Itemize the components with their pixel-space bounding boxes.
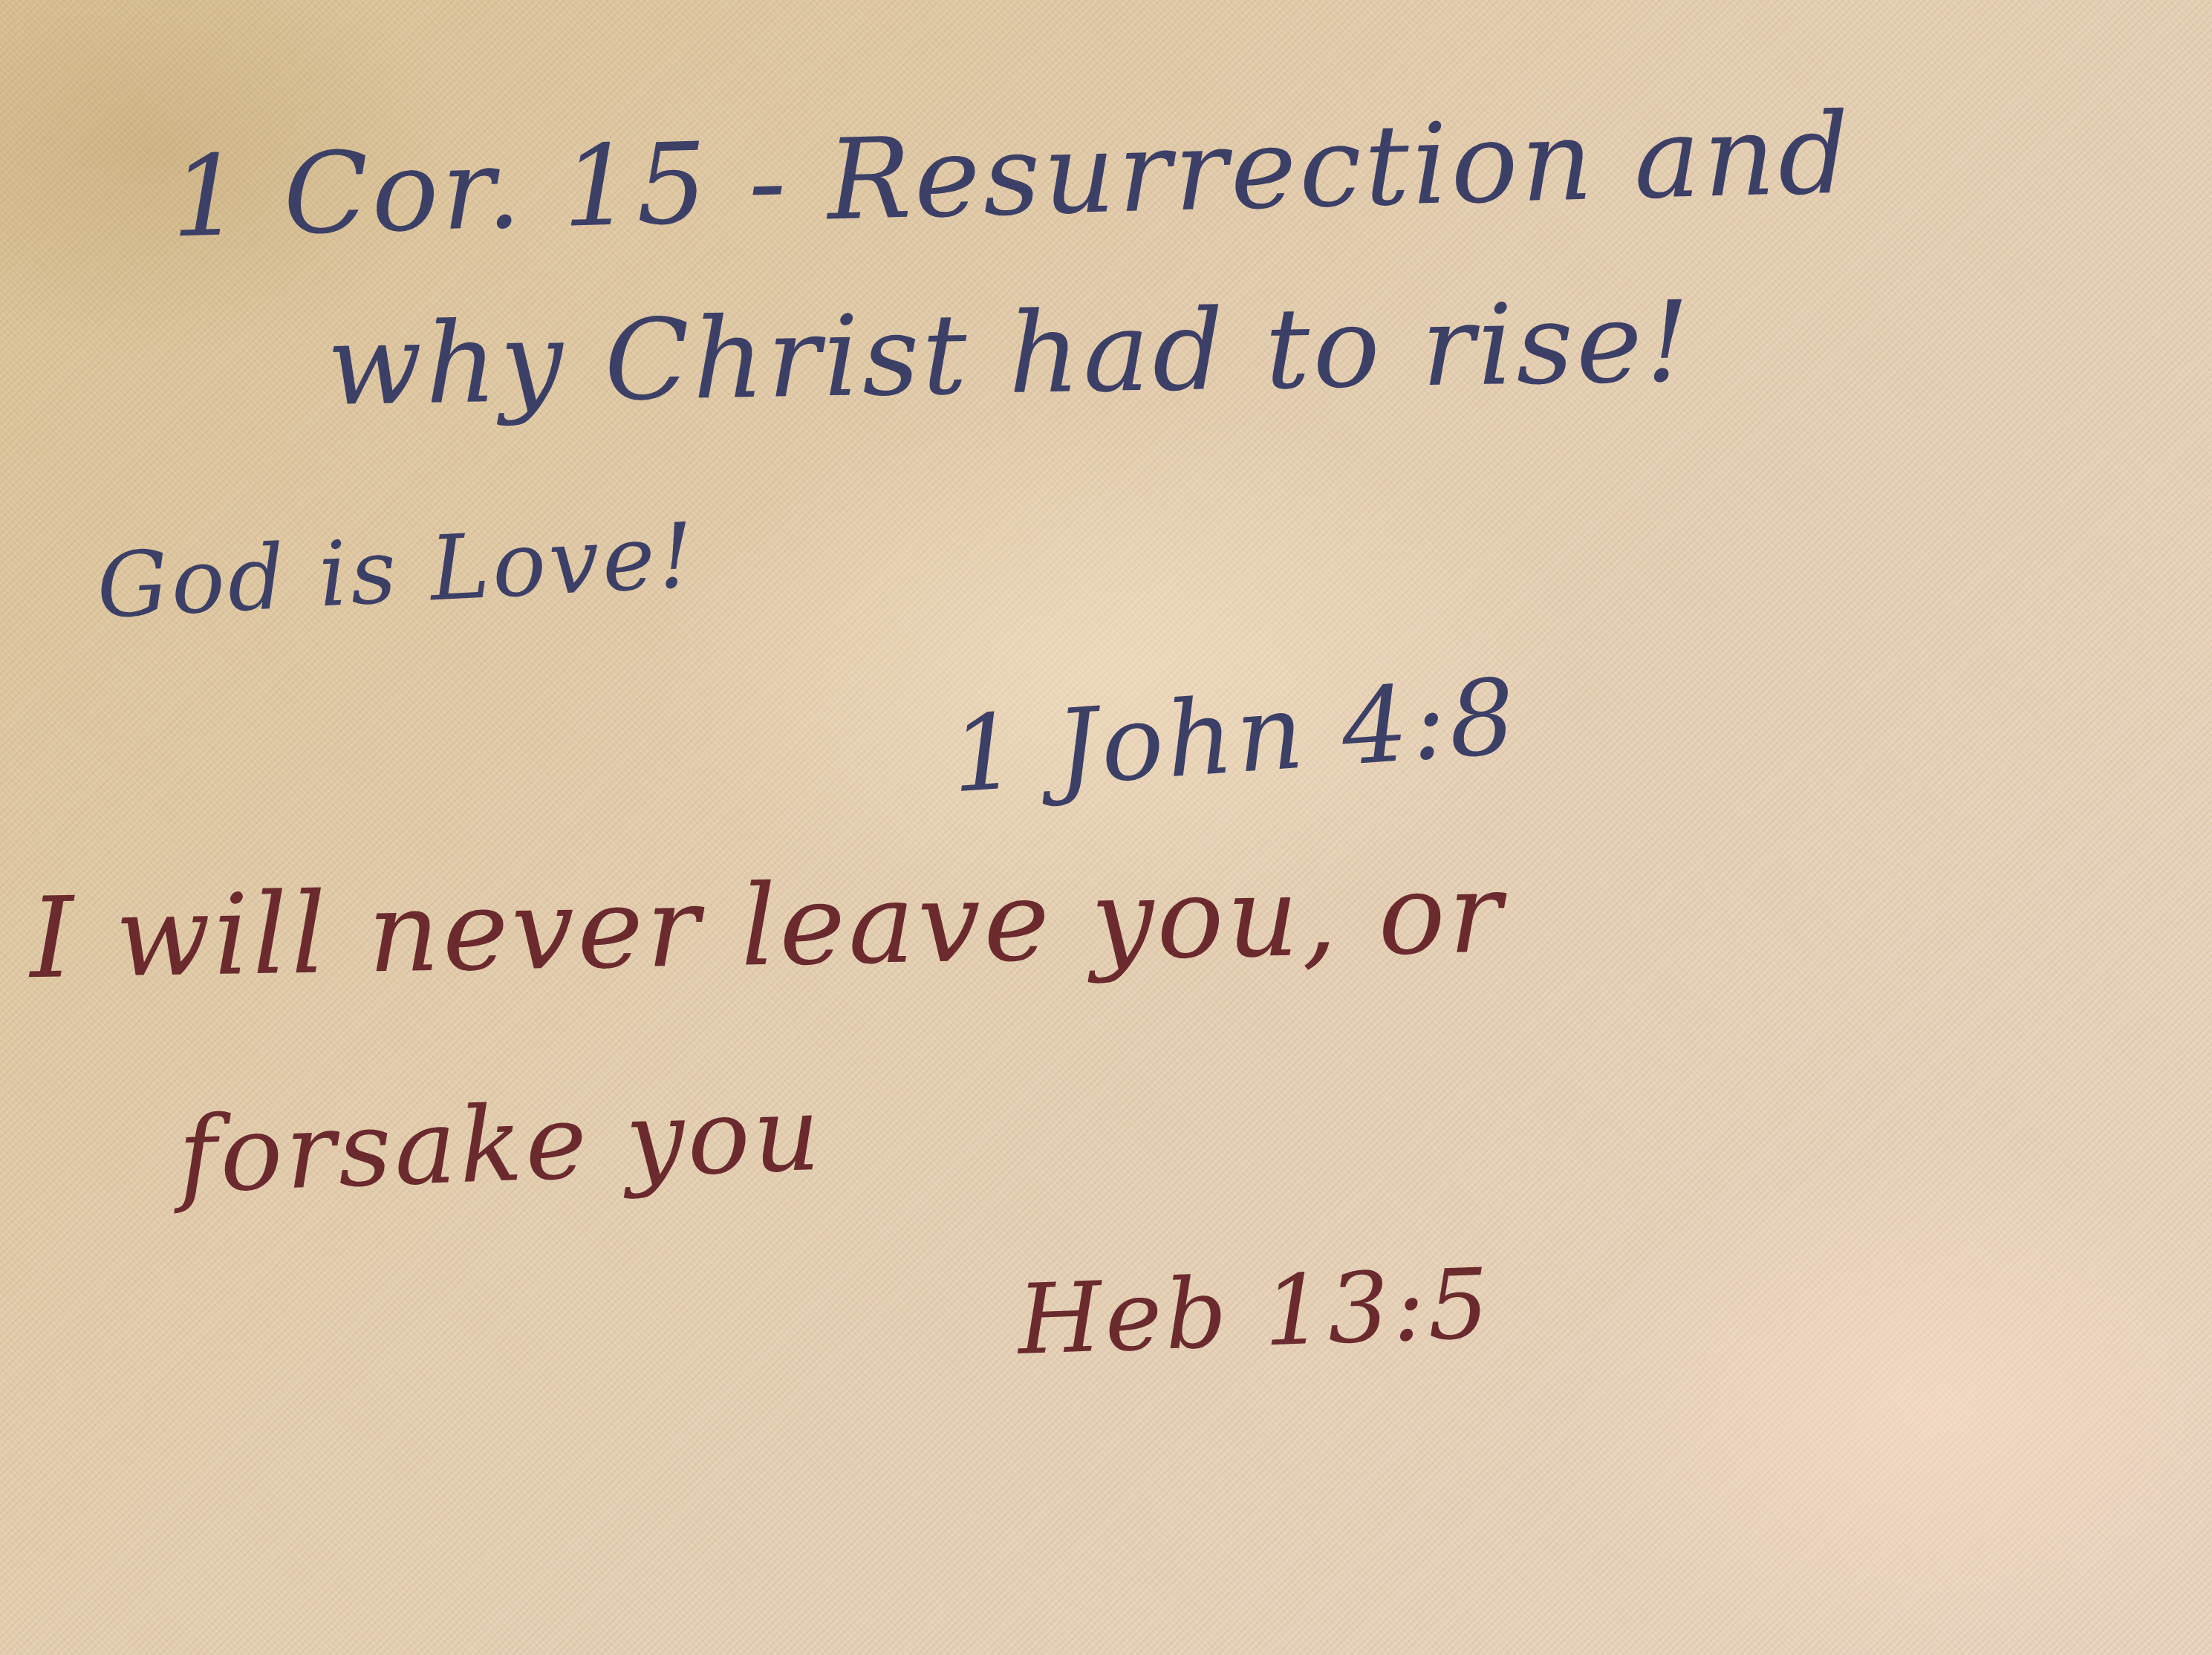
note-line-heb-reference: Heb 13:5: [1016, 1247, 1494, 1376]
note-line-why-christ: why Christ had to rise!: [326, 278, 1694, 431]
handwritten-note-page: 1 Cor. 15 - Resurrection and why Christ …: [0, 0, 2212, 1655]
note-line-john-reference: 1 John 4:8: [947, 657, 1522, 817]
note-line-never-leave: I will never leave you, or: [29, 849, 1506, 1004]
note-line-god-is-love: God is Love!: [94, 504, 699, 639]
note-line-forsake-you: forsake you: [176, 1073, 824, 1217]
note-line-cor-reference: 1 Cor. 15 - Resurrection and: [169, 89, 1854, 262]
